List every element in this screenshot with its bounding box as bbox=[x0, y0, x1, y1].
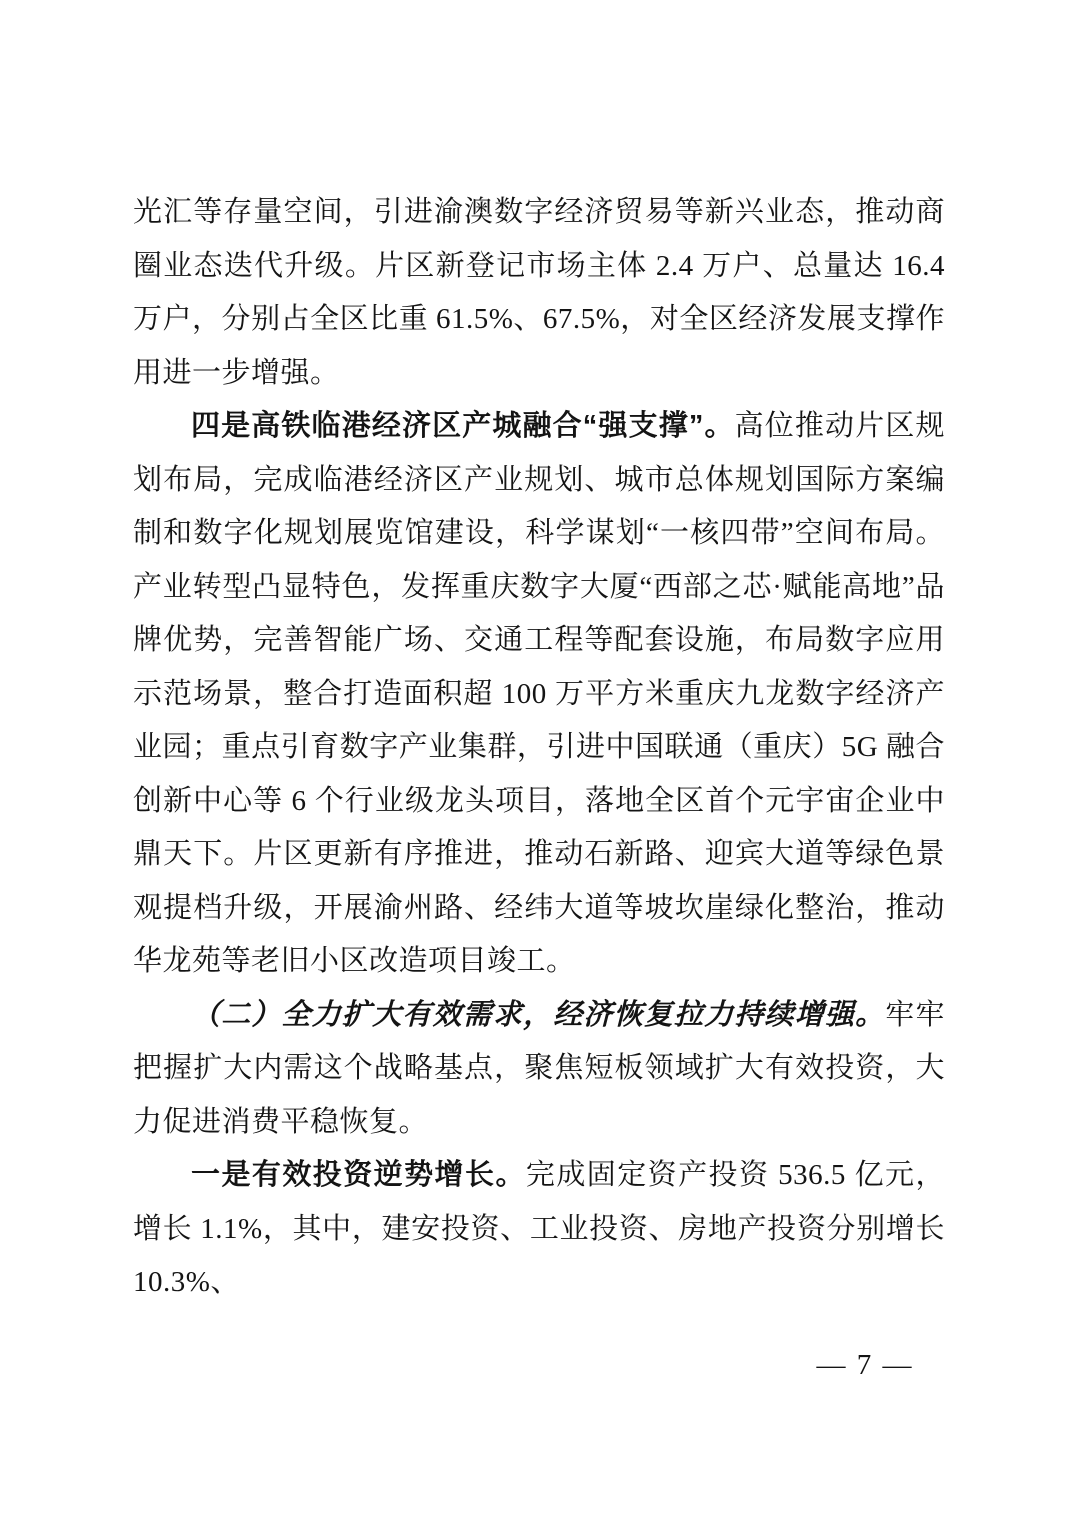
body-text-run: 光汇等存量空间，引进渝澳数字经济贸易等新兴业态，推动商圈业态迭代升级。片区新登记… bbox=[133, 196, 945, 389]
document-text-body: 光汇等存量空间，引进渝澳数字经济贸易等新兴业态，推动商圈业态迭代升级。片区新登记… bbox=[133, 186, 945, 1310]
subheading-section-one: 一是有效投资逆势增长。 bbox=[191, 1159, 526, 1191]
body-text-run: 高位推动片区规划布局，完成临港经济区产业规划、城市总体规划国际方案编制和数字化规… bbox=[133, 410, 945, 977]
heading-section-two: （二）全力扩大有效需求，经济恢复拉力持续增强。 bbox=[191, 999, 885, 1031]
subheading-section-four: 四是高铁临港经济区产城融合“强支撑”。 bbox=[191, 410, 735, 442]
document-page: 光汇等存量空间，引进渝澳数字经济贸易等新兴业态，推动商圈业态迭代升级。片区新登记… bbox=[0, 0, 1074, 1520]
page-number: — 7 — bbox=[800, 1349, 930, 1382]
paragraph-continuation: 光汇等存量空间，引进渝澳数字经济贸易等新兴业态，推动商圈业态迭代升级。片区新登记… bbox=[133, 186, 945, 400]
paragraph-section-four: 四是高铁临港经济区产城融合“强支撑”。高位推动片区规划布局，完成临港经济区产业规… bbox=[133, 400, 945, 989]
paragraph-section-one: 一是有效投资逆势增长。完成固定资产投资 536.5 亿元，增长 1.1%，其中，… bbox=[133, 1149, 945, 1310]
paragraph-section-two-heading: （二）全力扩大有效需求，经济恢复拉力持续增强。牢牢把握扩大内需这个战略基点，聚焦… bbox=[133, 989, 945, 1150]
